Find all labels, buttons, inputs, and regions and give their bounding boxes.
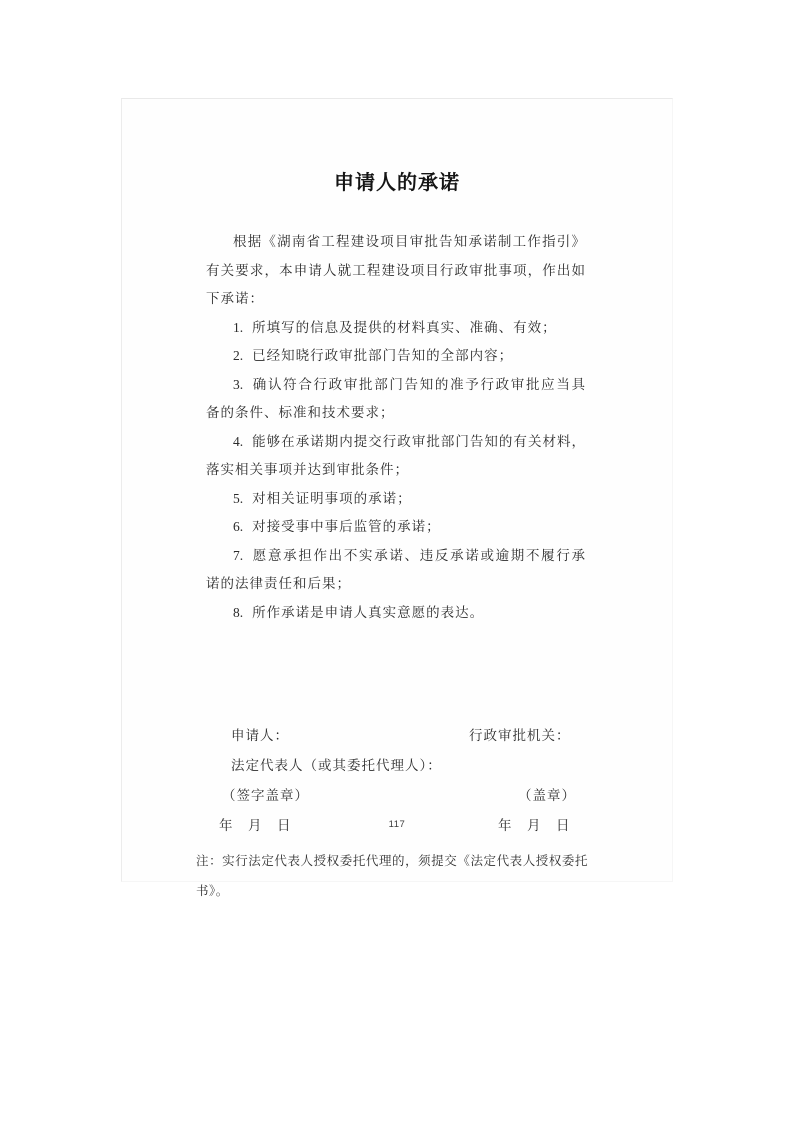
promise-item-5: 5.对相关证明事项的承诺； <box>206 485 586 514</box>
promise-item-4-cont: 落实相关事项并达到审批条件； <box>206 456 586 485</box>
applicant-label: 申请人： <box>231 728 289 743</box>
document-body: 根据《湖南省工程建设项目审批告知承诺制工作指引》 有关要求，本申请人就工程建设项… <box>206 228 586 627</box>
footnote: 注：实行法定代表人授权委托代理的，须提交《法定代表人授权委托 书》。 <box>196 846 588 906</box>
legal-rep-label: 法定代表人（或其委托代理人）： <box>231 758 442 773</box>
intro-line-3: 下承诺： <box>206 285 586 314</box>
item-number: 8. <box>233 599 243 628</box>
promise-item-3-cont: 备的条件、标准和技术要求； <box>206 399 586 428</box>
item-text: 所作承诺是申请人真实意愿的表达。 <box>252 605 484 620</box>
promise-item-7: 7.愿意承担作出不实承诺、违反承诺或逾期不履行承 <box>206 542 586 571</box>
page-number: 117 <box>122 818 672 832</box>
sign-seal-label: （签字盖章） <box>222 788 309 803</box>
footnote-line-1: 注：实行法定代表人授权委托代理的，须提交《法定代表人授权委托 <box>196 846 588 876</box>
footnote-line-2: 书》。 <box>196 876 588 906</box>
promise-item-1: 1.所填写的信息及提供的材料真实、准确、有效； <box>206 314 586 343</box>
scanned-document-canvas: 申请人的承诺 根据《湖南省工程建设项目审批告知承诺制工作指引》 有关要求，本申请… <box>0 0 793 1122</box>
signature-row-parties: 申请人： 行政审批机关： <box>206 721 586 751</box>
item-number: 6. <box>233 513 243 542</box>
promise-item-7-cont: 诺的法律责任和后果； <box>206 570 586 599</box>
item-number: 4. <box>233 428 243 457</box>
seal-label: （盖章） <box>518 781 576 811</box>
page-title: 申请人的承诺 <box>122 169 672 197</box>
item-text: 确认符合行政审批部门告知的准予行政审批应当具 <box>252 377 586 392</box>
item-text: 已经知晓行政审批部门告知的全部内容； <box>252 348 513 363</box>
promise-item-8: 8.所作承诺是申请人真实意愿的表达。 <box>206 599 586 628</box>
promise-item-3: 3.确认符合行政审批部门告知的准予行政审批应当具 <box>206 371 586 400</box>
promise-item-4: 4.能够在承诺期内提交行政审批部门告知的有关材料， <box>206 428 586 457</box>
item-text: 所填写的信息及提供的材料真实、准确、有效； <box>252 320 557 335</box>
document-page: 申请人的承诺 根据《湖南省工程建设项目审批告知承诺制工作指引》 有关要求，本申请… <box>121 98 673 882</box>
signature-row-seals: （签字盖章） （盖章） <box>206 781 586 811</box>
item-number: 1. <box>233 314 243 343</box>
item-text: 愿意承担作出不实承诺、违反承诺或逾期不履行承 <box>252 548 586 563</box>
item-text: 对相关证明事项的承诺； <box>252 491 412 506</box>
promise-item-6: 6.对接受事中事后监管的承诺； <box>206 513 586 542</box>
promise-item-2: 2.已经知晓行政审批部门告知的全部内容； <box>206 342 586 371</box>
authority-label: 行政审批机关： <box>469 721 571 751</box>
signature-row-legal-rep: 法定代表人（或其委托代理人）： <box>206 751 586 781</box>
item-number: 7. <box>233 542 243 571</box>
item-number: 3. <box>233 371 243 400</box>
item-number: 5. <box>233 485 243 514</box>
item-text: 对接受事中事后监管的承诺； <box>252 519 441 534</box>
intro-line-2: 有关要求，本申请人就工程建设项目行政审批事项，作出如 <box>206 257 586 286</box>
intro-line-1: 根据《湖南省工程建设项目审批告知承诺制工作指引》 <box>206 228 586 257</box>
item-text: 能够在承诺期内提交行政审批部门告知的有关材料， <box>252 434 586 449</box>
item-number: 2. <box>233 342 243 371</box>
